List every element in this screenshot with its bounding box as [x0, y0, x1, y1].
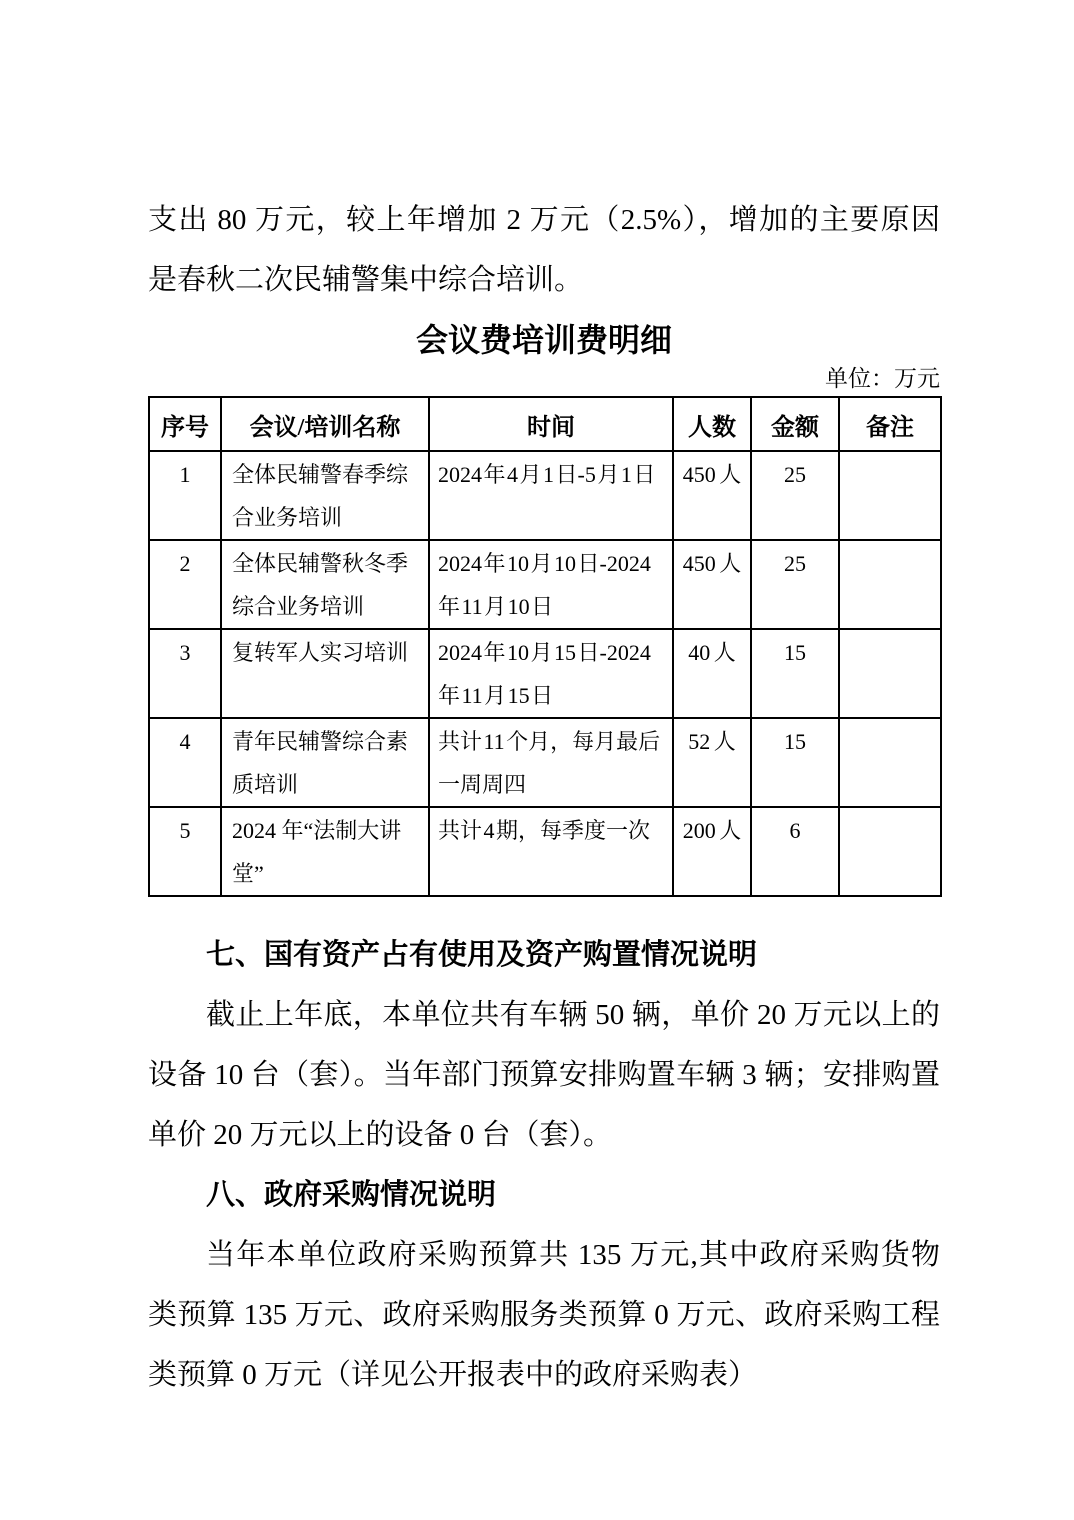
- row5-remarks: [839, 807, 941, 896]
- row2-amount: 25: [751, 540, 839, 629]
- row4-meeting-name: 青年民辅警综合素质培训: [221, 718, 429, 807]
- header-amount: 金额: [751, 397, 839, 451]
- row5-seq-no: 5: [149, 807, 221, 896]
- row5-people-count: 200 人: [673, 807, 751, 896]
- table-row: 3 复转军人实习培训 2024 年 10 月 15 日-2024 年 11 月 …: [149, 629, 941, 718]
- row4-remarks: [839, 718, 941, 807]
- row3-remarks: [839, 629, 941, 718]
- header-people-count: 人数: [673, 397, 751, 451]
- row5-time: 共计 4 期，每季度一次: [429, 807, 673, 896]
- header-time: 时间: [429, 397, 673, 451]
- row1-meeting-name: 全体民辅警春季综合业务培训: [221, 451, 429, 540]
- row2-people-count: 450 人: [673, 540, 751, 629]
- section7-paragraph-line2: 设备 10 台（套）。当年部门预算安排购置车辆 3 辆；安排购置: [148, 1045, 940, 1105]
- row3-seq-no: 3: [149, 629, 221, 718]
- section8-paragraph-line3: 类预算 0 万元（详见公开报表中的政府采购表）: [148, 1345, 940, 1405]
- row1-remarks: [839, 451, 941, 540]
- unit-note: 单位：万元: [148, 362, 940, 396]
- table-row: 2 全体民辅警秋冬季综合业务培训 2024 年 10 月 10 日-2024 年…: [149, 540, 941, 629]
- row4-people-count: 52 人: [673, 718, 751, 807]
- expenditure-paragraph-line2: 是春秋二次民辅警集中综合培训。: [148, 250, 940, 310]
- section8-heading: 八、政府采购情况说明: [206, 1165, 940, 1225]
- row2-time: 2024 年 10 月 10 日-2024 年 11 月 10 日: [429, 540, 673, 629]
- row4-seq-no: 4: [149, 718, 221, 807]
- section7-paragraph-line1: 截止上年底，本单位共有车辆 50 辆，单价 20 万元以上的: [148, 985, 940, 1045]
- meeting-training-fee-table: 序号 会议/培训名称 时间 人数 金额 备注 1 全体民辅警春季综合业务培训 2…: [148, 396, 942, 897]
- row3-meeting-name: 复转军人实习培训: [221, 629, 429, 718]
- section7-paragraph-line3: 单价 20 万元以上的设备 0 台（套）。: [148, 1105, 940, 1165]
- header-remarks: 备注: [839, 397, 941, 451]
- row1-amount: 25: [751, 451, 839, 540]
- row5-amount: 6: [751, 807, 839, 896]
- row1-people-count: 450 人: [673, 451, 751, 540]
- header-seq-no: 序号: [149, 397, 221, 451]
- document-page: 支出 80 万元，较上年增加 2 万元（2.5%），增加的主要原因 是春秋二次民…: [0, 0, 1074, 1520]
- row1-seq-no: 1: [149, 451, 221, 540]
- row3-amount: 15: [751, 629, 839, 718]
- row2-seq-no: 2: [149, 540, 221, 629]
- section8-paragraph-line1: 当年本单位政府采购预算共 135 万元,其中政府采购货物: [148, 1225, 940, 1285]
- row5-meeting-name: 2024 年“法制大讲堂”: [221, 807, 429, 896]
- row1-time: 2024 年 4 月 1 日-5 月 1 日: [429, 451, 673, 540]
- table-row: 5 2024 年“法制大讲堂” 共计 4 期，每季度一次 200 人 6: [149, 807, 941, 896]
- row3-people-count: 40 人: [673, 629, 751, 718]
- table-row: 1 全体民辅警春季综合业务培训 2024 年 4 月 1 日-5 月 1 日 4…: [149, 451, 941, 540]
- section8-paragraph-line2: 类预算 135 万元、政府采购服务类预算 0 万元、政府采购工程: [148, 1285, 940, 1345]
- section7-heading: 七、国有资产占有使用及资产购置情况说明: [206, 925, 940, 985]
- expenditure-paragraph-line1: 支出 80 万元，较上年增加 2 万元（2.5%），增加的主要原因: [148, 190, 940, 250]
- row3-time: 2024 年 10 月 15 日-2024 年 11 月 15 日: [429, 629, 673, 718]
- row2-meeting-name: 全体民辅警秋冬季综合业务培训: [221, 540, 429, 629]
- row2-remarks: [839, 540, 941, 629]
- table-row: 4 青年民辅警综合素质培训 共计 11 个月，每月最后一周周四 52 人 15: [149, 718, 941, 807]
- fee-table-title: 会议费培训费明细: [148, 318, 940, 362]
- table-header-row: 序号 会议/培训名称 时间 人数 金额 备注: [149, 397, 941, 451]
- row4-time: 共计 11 个月，每月最后一周周四: [429, 718, 673, 807]
- row4-amount: 15: [751, 718, 839, 807]
- page-content: 支出 80 万元，较上年增加 2 万元（2.5%），增加的主要原因 是春秋二次民…: [148, 190, 940, 1405]
- header-meeting-name: 会议/培训名称: [221, 397, 429, 451]
